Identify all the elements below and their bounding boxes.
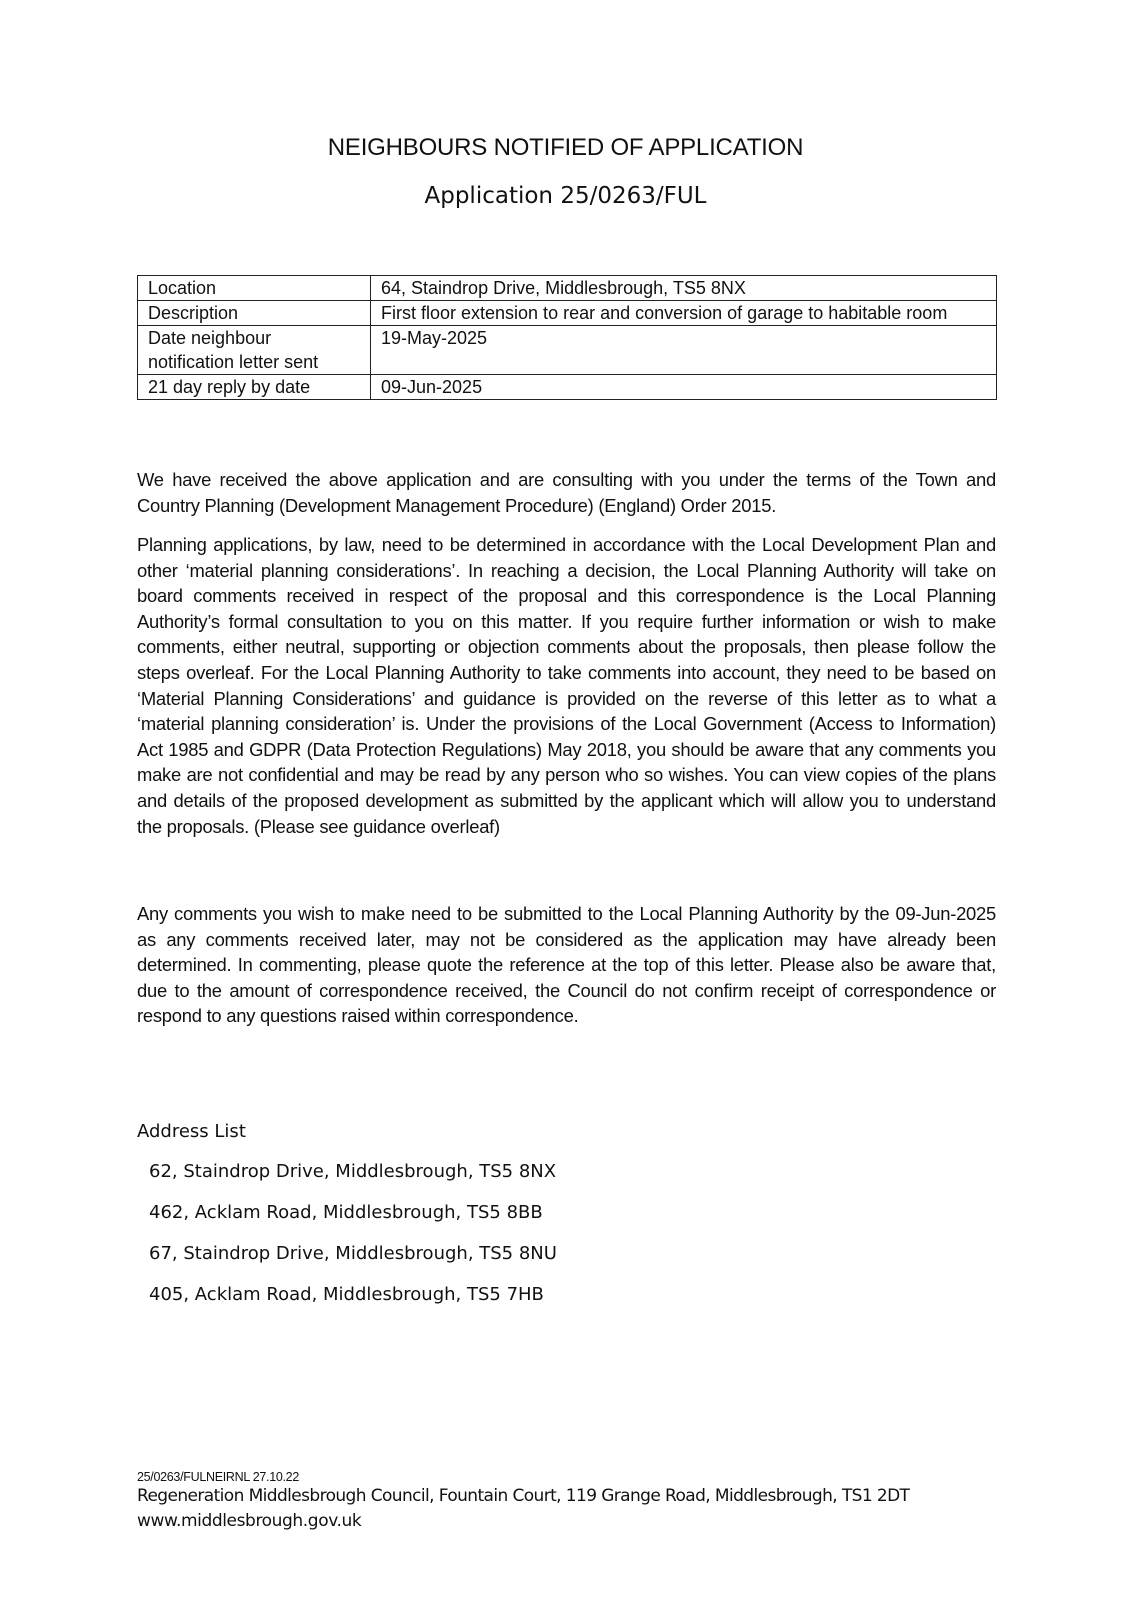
table-row-notification-date: Date neighbour notification letter sent …	[138, 326, 997, 375]
location-value: 64, Staindrop Drive, Middlesbrough, TS5 …	[371, 276, 997, 301]
address-list: 62, Staindrop Drive, Middlesbrough, TS5 …	[149, 1160, 557, 1324]
application-details-table: Location 64, Staindrop Drive, Middlesbro…	[137, 275, 997, 400]
letter-page: NEIGHBOURS NOTIFIED OF APPLICATION Appli…	[0, 0, 1131, 1600]
table-row-description: Description First floor extension to rea…	[138, 301, 997, 326]
table-row-location: Location 64, Staindrop Drive, Middlesbro…	[138, 276, 997, 301]
list-item: 462, Acklam Road, Middlesbrough, TS5 8BB	[149, 1201, 557, 1242]
address-list-heading: Address List	[137, 1121, 246, 1142]
notification-date-label: Date neighbour notification letter sent	[138, 326, 371, 375]
list-item: 67, Staindrop Drive, Middlesbrough, TS5 …	[149, 1242, 557, 1283]
document-reference-code: 25/0263/FULNEIRNL 27.10.22	[137, 1470, 299, 1484]
reply-by-date-value: 09-Jun-2025	[371, 375, 997, 400]
notification-date-value: 19-May-2025	[371, 326, 997, 375]
council-address: Regeneration Middlesbrough Council, Foun…	[137, 1486, 909, 1506]
council-website: www.middlesbrough.gov.uk	[137, 1511, 361, 1531]
application-reference: Application 25/0263/FUL	[0, 183, 1131, 209]
paragraph-planning-considerations: Planning applications, by law, need to b…	[137, 532, 996, 839]
description-value: First floor extension to rear and conver…	[371, 301, 997, 326]
location-label: Location	[138, 276, 371, 301]
reply-by-date-label: 21 day reply by date	[138, 375, 371, 400]
paragraph-deadline: Any comments you wish to make need to be…	[137, 901, 996, 1029]
paragraph-consultation: We have received the above application a…	[137, 467, 996, 518]
table-row-reply-by-date: 21 day reply by date 09-Jun-2025	[138, 375, 997, 400]
list-item: 62, Staindrop Drive, Middlesbrough, TS5 …	[149, 1160, 557, 1201]
description-label: Description	[138, 301, 371, 326]
document-title: NEIGHBOURS NOTIFIED OF APPLICATION	[0, 134, 1131, 162]
list-item: 405, Acklam Road, Middlesbrough, TS5 7HB	[149, 1283, 557, 1324]
